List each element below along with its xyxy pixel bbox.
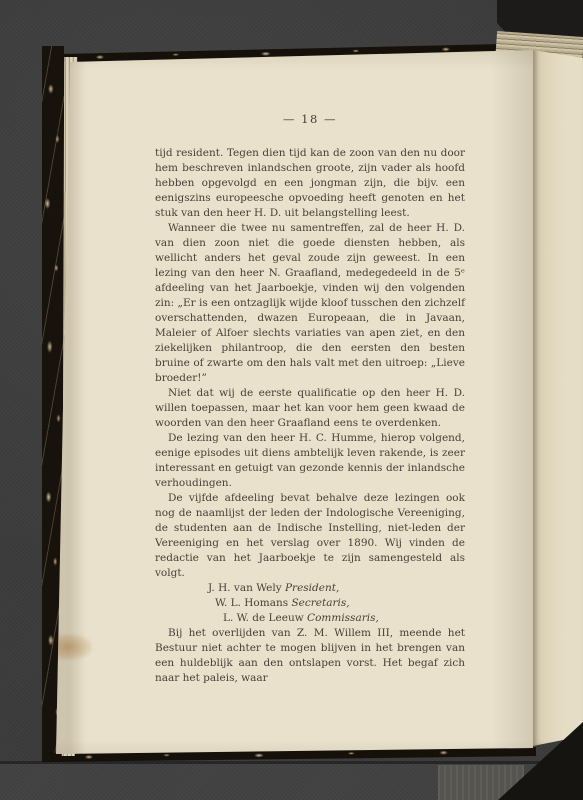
editorial-board-list: J. H. van Wely President, W. L. Homans S… xyxy=(208,581,465,626)
scanned-book-photo: — 18 — tijd resident. Tegen dien tijd ka… xyxy=(0,0,583,800)
officer-name: W. L. Homans xyxy=(215,597,291,609)
officer-role: Secretaris, xyxy=(291,597,349,609)
printed-text-block: — 18 — tijd resident. Tegen dien tijd ka… xyxy=(155,112,465,686)
paragraph: De lezing van den heer H. C. Humme, hier… xyxy=(155,431,465,491)
paragraph: tijd resident. Tegen dien tijd kan de zo… xyxy=(155,146,465,221)
officer-name: J. H. van Wely xyxy=(208,582,285,594)
paragraph: Wanneer die twee nu samentreffen, zal de… xyxy=(155,221,465,386)
list-item: W. L. Homans Secretaris, xyxy=(208,596,465,611)
paragraph: De vijfde afdeeling bevat behalve deze l… xyxy=(155,491,465,581)
officer-role: President, xyxy=(285,582,339,594)
facing-page-gutter xyxy=(533,44,583,746)
officer-role: Commissaris, xyxy=(307,612,379,624)
page-number-header: — 18 — xyxy=(155,112,465,126)
list-item: J. H. van Wely President, xyxy=(208,581,465,596)
paragraph: Niet dat wij de eerste qualificatie op d… xyxy=(155,386,465,431)
officer-name: L. W. de Leeuw xyxy=(223,612,307,624)
list-item: L. W. de Leeuw Commissaris, xyxy=(208,611,465,626)
paragraph: Bij het overlijden van Z. M. Willem III,… xyxy=(155,626,465,686)
